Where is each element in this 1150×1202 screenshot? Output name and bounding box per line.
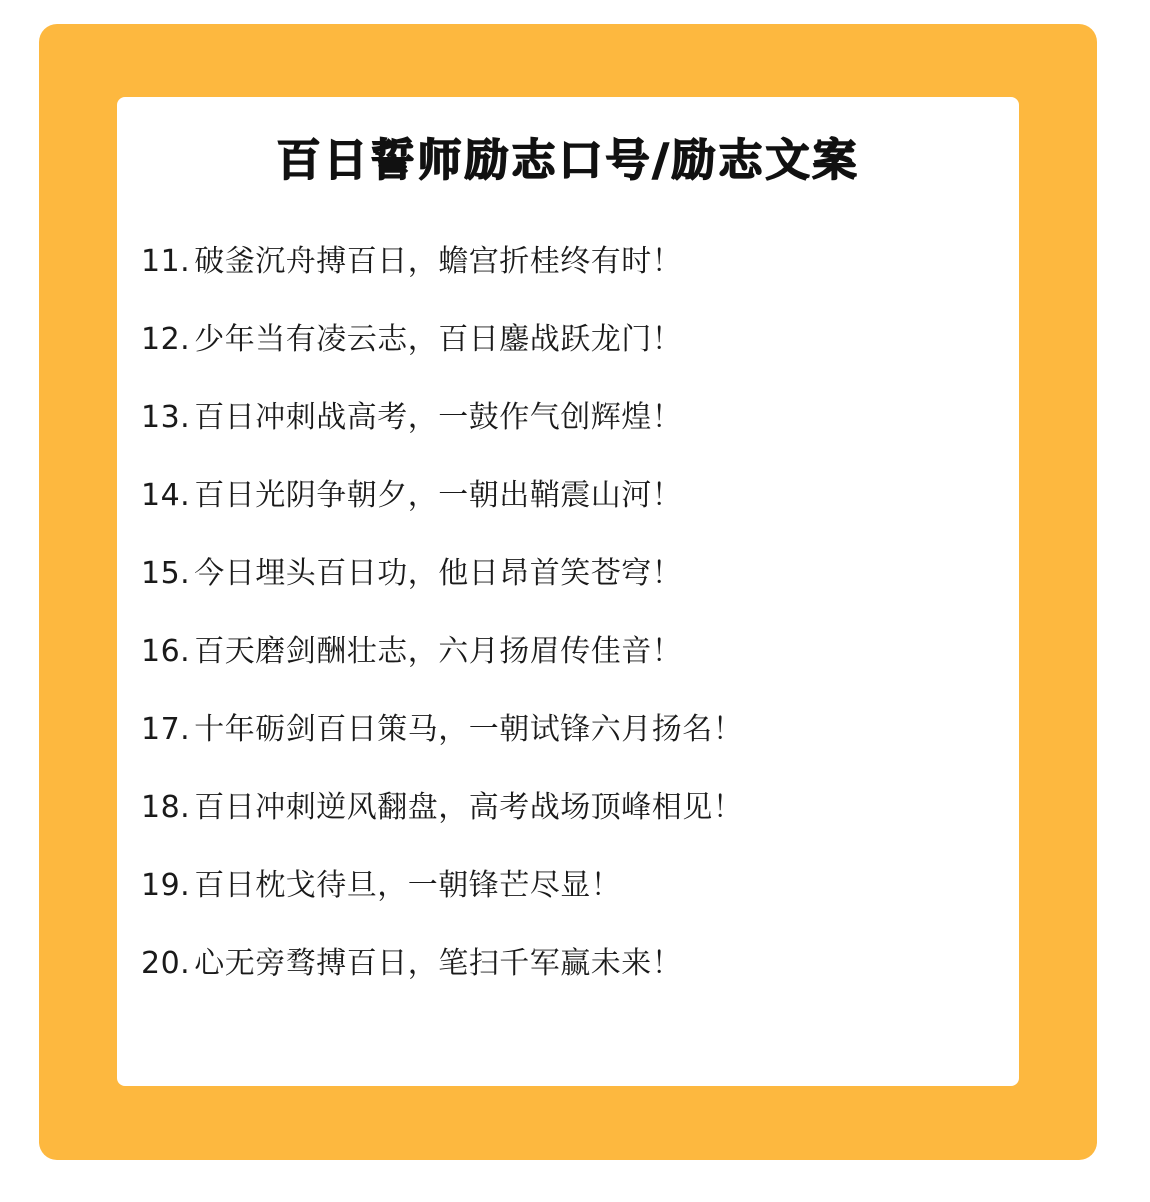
slogan-number: 17. xyxy=(141,708,190,752)
slogan-text: 百日光阴争朝夕，一朝出鞘震山河！ xyxy=(194,478,682,513)
slogan-text: 心无旁骛搏百日，笔扫千军赢未来！ xyxy=(194,946,682,981)
slogan-item: 16.百天磨剑酬壮志，六月扬眉传佳音！ xyxy=(141,630,743,708)
slogan-item: 14.百日光阴争朝夕，一朝出鞘震山河！ xyxy=(141,474,743,552)
slogan-item: 18.百日冲刺逆风翻盘，高考战场顶峰相见！ xyxy=(141,786,743,864)
slogan-item: 13.百日冲刺战高考，一鼓作气创辉煌！ xyxy=(141,396,743,474)
slogan-list: 11.破釜沉舟搏百日，蟾宫折桂终有时！ 12.少年当有凌云志，百日鏖战跃龙门！ … xyxy=(141,240,743,1020)
slogan-item: 19.百日枕戈待旦，一朝锋芒尽显！ xyxy=(141,864,743,942)
slogan-number: 15. xyxy=(141,552,190,596)
slogan-number: 19. xyxy=(141,864,190,908)
slogan-text: 百天磨剑酬壮志，六月扬眉传佳音！ xyxy=(194,634,682,669)
slogan-text: 十年砺剑百日策马，一朝试锋六月扬名！ xyxy=(194,712,743,747)
slogan-item: 11.破釜沉舟搏百日，蟾宫折桂终有时！ xyxy=(141,240,743,318)
slogan-number: 18. xyxy=(141,786,190,830)
orange-frame: 百日誓师励志口号/励志文案 11.破釜沉舟搏百日，蟾宫折桂终有时！ 12.少年当… xyxy=(39,24,1097,1160)
slogan-text: 少年当有凌云志，百日鏖战跃龙门！ xyxy=(194,322,682,357)
slogan-item: 15.今日埋头百日功，他日昂首笑苍穹！ xyxy=(141,552,743,630)
slogan-text: 今日埋头百日功，他日昂首笑苍穹！ xyxy=(194,556,682,591)
slogan-item: 12.少年当有凌云志，百日鏖战跃龙门！ xyxy=(141,318,743,396)
slogan-number: 13. xyxy=(141,396,190,440)
content-card: 百日誓师励志口号/励志文案 11.破釜沉舟搏百日，蟾宫折桂终有时！ 12.少年当… xyxy=(117,97,1019,1086)
page-title: 百日誓师励志口号/励志文案 xyxy=(117,133,1019,189)
slogan-text: 百日冲刺战高考，一鼓作气创辉煌！ xyxy=(194,400,682,435)
slogan-item: 17.十年砺剑百日策马，一朝试锋六月扬名！ xyxy=(141,708,743,786)
slogan-item: 20.心无旁骛搏百日，笔扫千军赢未来！ xyxy=(141,942,743,1020)
slogan-number: 11. xyxy=(141,240,190,284)
slogan-number: 20. xyxy=(141,942,190,986)
slogan-number: 12. xyxy=(141,318,190,362)
slogan-text: 破釜沉舟搏百日，蟾宫折桂终有时！ xyxy=(194,244,682,279)
slogan-number: 14. xyxy=(141,474,190,518)
slogan-text: 百日冲刺逆风翻盘，高考战场顶峰相见！ xyxy=(194,790,743,825)
slogan-text: 百日枕戈待旦，一朝锋芒尽显！ xyxy=(194,868,621,903)
slogan-number: 16. xyxy=(141,630,190,674)
